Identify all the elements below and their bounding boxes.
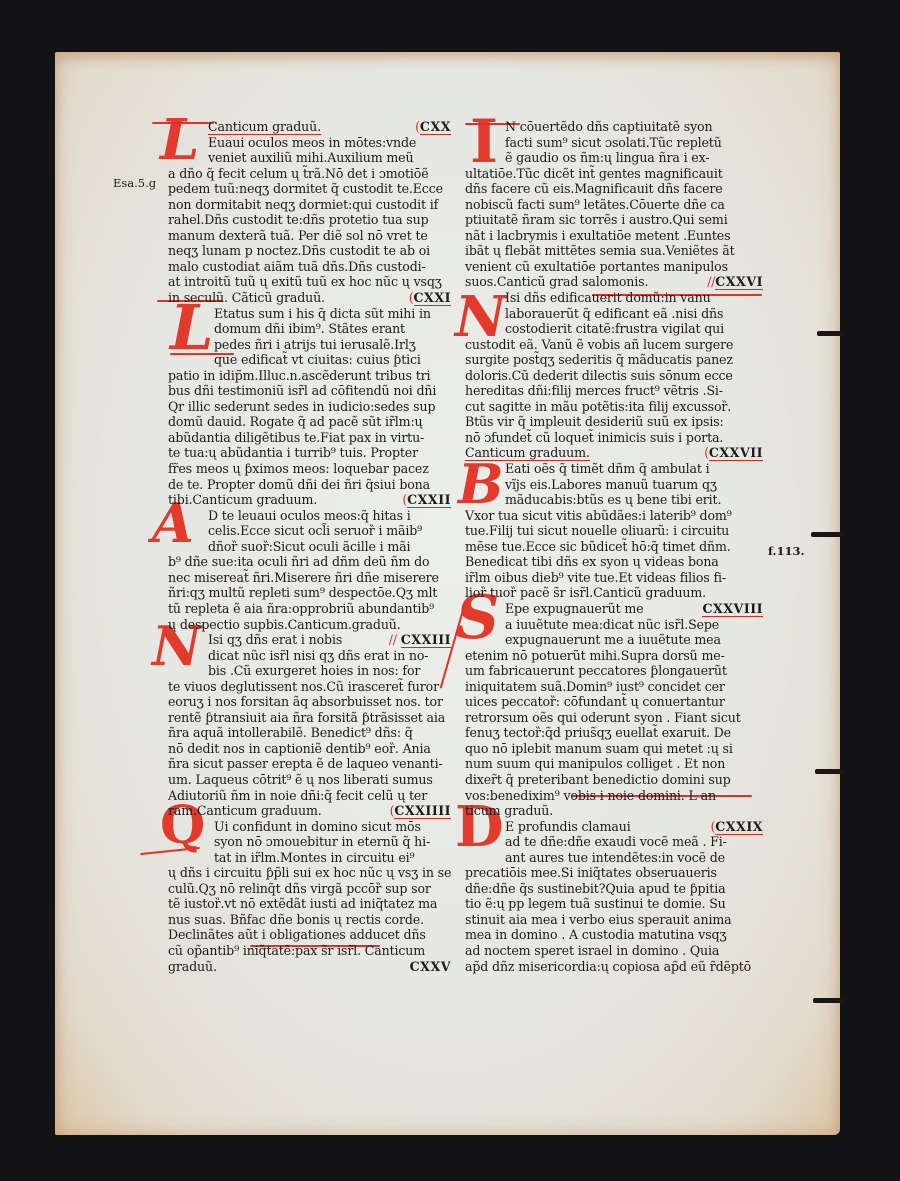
text-line: te tua:ų abũdantia i turrib⁹ tuis. Propt… (168, 445, 451, 461)
text-line: nobiscũ facti sum⁹ letãtes.Cōuerte dñe c… (465, 197, 763, 213)
text-line: culũ.Qʒ nō relinq̃t dñs virgã pccōȑ sup … (168, 881, 451, 897)
text-line: veniet auxiliũ mihi.Auxilium meũ (168, 150, 451, 166)
text-line: Btũs vir q̃ impleuit desideriũ suũ ex ip… (465, 414, 763, 430)
section-heading: graduũ. CXXV (168, 959, 451, 975)
text-line: fenuʒ tectoȑ:q̃d prius̃qʒ euellat̃ exaru… (465, 725, 763, 741)
text-line: malo custodiat aiãm tuã dñs.Dñs custodi- (168, 259, 451, 275)
text-line: pedem tuũ:neqʒ dormitet q̃ custodit te.E… (168, 181, 451, 197)
text-line: dicat nũc isr̃l nisi qʒ dñs erat in no- (168, 648, 451, 664)
psalm-number: //CXXVI (707, 274, 763, 290)
text-line: facti sum⁹ sicut ɔsolati.Tũc repletũ (465, 135, 763, 151)
text-line: etenim nō potuerũt mihi.Supra dorsũ me- (465, 648, 763, 664)
section-heading: Isi qʒ dñs erat i nobis // CXXIII (168, 632, 451, 648)
text-line: Euaui oculos meos in mōtes:vnde (168, 135, 451, 151)
text-line: tibi.Canticum graduum. (168, 492, 317, 508)
text-line: Benedicat tibi dñs ex syon ų videas bona (465, 554, 763, 570)
section-heading: Epe expugnauerũt me CXXVIII (465, 601, 763, 617)
text-line: D te leuaui oculos meos:q̃ hitas i (168, 508, 451, 524)
text-line: expugnauerunt me a iuuẽtute mea (465, 632, 763, 648)
text-line: nus suas. Bñfac dñe bonis ų rectis cord… (168, 912, 451, 928)
text-line: ñri:qʒ multũ repleti sum⁹ despectōe.Qʒ … (168, 585, 451, 601)
text-line: graduũ. (168, 959, 217, 975)
text-line: retrorsum oẽs qui oderunt syon . Fiant s… (465, 710, 763, 726)
psalm-number: (CXXI (409, 290, 451, 306)
text-line: at introitũ tuũ ų exitũ tuũ ex hoc nũc ų… (168, 274, 451, 290)
right-column: N cōuertẽdo dñs captiuitatẽ syon facti s… (465, 119, 763, 974)
psalm-number: CXXVIII (702, 601, 763, 617)
text-line: mea in domino . A custodia matutina vsqʒ (465, 927, 763, 943)
text-line: dñe:dñe q̃s sustinebit?Quia apud te ƥpit… (465, 881, 763, 897)
text-line: Adiutoriũ ñm in noie dñi:q̃ fecit celũ … (168, 788, 451, 804)
psalm-number: CXXV (410, 959, 451, 975)
section-heading: ram.Canticum graduum. (CXXIIII (168, 803, 451, 819)
text-line: nec misereat̃ ñri.Miserere ñri dñe mis… (168, 570, 451, 586)
text-line: syon nō ɔmouebitur in eternũ q̃ hi- (168, 834, 451, 850)
text-line: num suum qui manipulos colliget . Et non (465, 756, 763, 772)
text-line: ñra sicut passer erepta ẽ de laqueo ven… (168, 756, 451, 772)
left-column: Canticum graduũ. (CXX Euaui oculos meos … (168, 119, 451, 974)
text-line: ap̃d dñz misericordia:ų copiosa ap̃d eũ … (465, 959, 763, 975)
text-line: nãt i lacbrymis i exultatiōe metent .Eun… (465, 228, 763, 244)
text-line: a dño q̃ fecit celum ų t̃rã.Nō det i ɔmo… (168, 166, 451, 182)
text-line: ir̃lm oibus dieb⁹ vite tue.Et videas fil… (465, 570, 763, 586)
text-line: Declinãtes aũt i obligationes adducet dñ… (168, 927, 451, 943)
text-line: ibãt ų flebãt mittẽtes semia sua.Veniẽte… (465, 243, 763, 259)
binding-stitch (815, 769, 845, 774)
binding-stitch (811, 532, 845, 537)
text-line: ultatiōe.Tũc dicẽt int̃ gentes magnifica… (465, 166, 763, 182)
text-line: que edificat̃ vt ciuitas: cuius ƥtici (168, 352, 451, 368)
text-line: in seculũ. Cãticũ graduũ. (168, 290, 325, 306)
text-line: nō ɔfundet̃ cũ loquet̃ inimicis suis i p… (465, 430, 763, 446)
text-line: ticum graduũ. (465, 803, 763, 819)
text-line: uices peccatoȑ: cōfundant̃ ų conuertantu… (465, 694, 763, 710)
text-line: bis .Cũ exurgeret hoies in nos: for (168, 663, 451, 679)
text-line: ant aures tue intendẽtes:in vocẽ de (465, 850, 763, 866)
text-line: custodit eã. Vanũ ẽ vobis añ lucem surge… (465, 337, 763, 353)
section-heading: in seculũ. Cãticũ graduũ. (CXXI (168, 290, 451, 306)
text-line: domum dñi ibim⁹. Stãtes erant (168, 321, 451, 337)
text-line: precatiōis mee.Si iniq̃tates obseruaueri… (465, 865, 763, 881)
text-line: pedes ñri i atrijs tui ierusalẽ.Irlʒ (168, 337, 451, 353)
canticum-heading: Canticum graduũ. (208, 119, 321, 135)
margin-note-left: Esa.5.g (113, 176, 156, 190)
text-line: ad te dñe:dñe exaudi vocẽ meã . Fi- (465, 834, 763, 850)
text-line: Eati oẽs q̃ timẽt dñm q̃ ambulat i (465, 461, 763, 477)
text-line: stinuit aia mea i verbo eius sperauit an… (465, 912, 763, 928)
text-line: dñs facere cũ eis.Magnificauit dñs facer… (465, 181, 763, 197)
text-line: Canticum graduum. (465, 445, 590, 461)
section-heading: suos.Canticũ grad salomonis. //CXXVI (465, 274, 763, 290)
text-line: te viuos deglutissent nos.Cũ irasceret̃ … (168, 679, 451, 695)
text-line: manum dexterã tuã. Per diẽ sol nō vret t… (168, 228, 451, 244)
text-line: nō dedit nos in captioniẽ dentib⁹ eoȑ. A… (168, 741, 451, 757)
psalm-number: (CXXVII (704, 445, 763, 461)
text-line: tio ẽ:ų pp legem tuã sustinui te domie. … (465, 896, 763, 912)
text-line: cut sagitte in mãu potẽtis:ita filij exc… (465, 399, 763, 415)
text-line: surgite post̃qʒ sederitis q̃ mãducatis p… (465, 352, 763, 368)
text-line: laborauerũt q̃ edificant eã .nisi dñs (465, 306, 763, 322)
binding-stitch (817, 331, 845, 336)
section-heading: Canticum graduũ. (CXX (168, 119, 451, 135)
text-line: celis.Ecce sicut ocl̃i seruoȑ i mãib⁹ (168, 523, 451, 539)
text-line: venient cũ exultatiōe portantes manipulo… (465, 259, 763, 275)
text-line: iniquitatem suã.Domin⁹ iust⁹ concidet ce… (465, 679, 763, 695)
text-line: ų dñs i circuitu ƥp̃li sui ex hoc nũc ų … (168, 865, 451, 881)
text-line: mẽse tue.Ecce sic bũdicet̃ hō:q̃ timet d… (465, 539, 763, 555)
text-line: ẽ gaudio os ñm:ų lingua ñra i ex- (465, 150, 763, 166)
section-heading: E profundis clamaui (CXXIX (465, 819, 763, 835)
text-line: ų despectio supbis.Canticum.graduũ. (168, 617, 451, 633)
text-line: ñra aquã intollerabilẽ. Benedict⁹ dñs: … (168, 725, 451, 741)
text-line: vos:benedixim⁹ vobis i noie domini. L an (465, 788, 763, 804)
margin-note-right: f.113. (768, 544, 805, 558)
text-line: b⁹ dñe sue:ita oculi ñri ad dñm deũ ñm… (168, 554, 451, 570)
text-line: neqʒ lunam p noctez.Dñs custodit te ab o… (168, 243, 451, 259)
text-line: Isi qʒ dñs erat i nobis (208, 632, 342, 648)
text-line: suos.Canticũ grad salomonis. (465, 274, 648, 290)
psalm-number: (CXXIIII (390, 803, 451, 819)
psalm-number: (CXXII (402, 492, 451, 508)
text-line: patio in idip̃m.Illuc.n.ascẽderunt tribu… (168, 368, 451, 384)
text-line: Vxor tua sicut vitis abũdães:i laterib⁹ … (465, 508, 763, 524)
text-line: E profundis clamaui (505, 819, 631, 835)
text-line: abũdantia diligẽtibus te.Fiat pax in vir… (168, 430, 451, 446)
text-line: eoruʒ i nos forsitan ãq absorbuisset no… (168, 694, 451, 710)
section-heading: Canticum graduum. (CXXVII (465, 445, 763, 461)
text-line: N cōuertẽdo dñs captiuitatẽ syon (465, 119, 763, 135)
text-line: lioȑ tuoȑ pacẽ s̃r isr̃l.Canticũ graduum… (465, 585, 763, 601)
text-line: costodierit citatẽ:frustra vigilat qui (465, 321, 763, 337)
text-line: Isi dñs edificauerit domũ:in vanu (465, 290, 763, 306)
text-line: ad noctem speret israel in domino . Quia (465, 943, 763, 959)
text-line: Etatus sum i his q̃ dicta sũt mihi in (168, 306, 451, 322)
text-line: Epe expugnauerũt me (505, 601, 643, 617)
text-line: rahel.Dñs custodit te:dñs protetio tua s… (168, 212, 451, 228)
text-line: um. Laqueus cōtrit⁹ ẽ ų nos liberati sum… (168, 772, 451, 788)
binding-stitch (813, 998, 845, 1003)
text-line: fr̃es meos ų ƥximos meos: loquebar pacez (168, 461, 451, 477)
text-line: tat in ir̃lm.Montes in circuitu ei⁹ (168, 850, 451, 866)
text-line: tue.Filij tui sicut nouelle oliuarũ: i c… (465, 523, 763, 539)
text-line: rentẽ ƥtransiuit aia ñra forsitã ƥtrãsi… (168, 710, 451, 726)
psalm-number: // CXXIII (389, 632, 451, 648)
text-line: dñoȑ suoȑ:Sicut oculi ãcille i mãi (168, 539, 451, 555)
text-line: de te. Propter domũ dñi dei ñri q̃siui … (168, 477, 451, 493)
text-line: domũ dauid. Rogate q̃ ad pacẽ sũt ir̃lm:… (168, 414, 451, 430)
text-line: Qr illic sederunt sedes in iudicio:sedes… (168, 399, 451, 415)
text-line: bus dñi testimoniũ isr̃l ad cōfitendũ no… (168, 383, 451, 399)
text-line: dixer̃t q̃ preteribant benedictio domini… (465, 772, 763, 788)
text-line: ram.Canticum graduum. (168, 803, 322, 819)
text-line: quo nō iplebit manum suam qui metet :ų s… (465, 741, 763, 757)
section-heading: tibi.Canticum graduum. (CXXII (168, 492, 451, 508)
text-line: vĩjs eis.Labores manuũ tuarum qʒ (465, 477, 763, 493)
text-line: non dormitabit neqʒ dormiet:qui custodit… (168, 197, 451, 213)
text-line: mãducabis:btũs es ų bene tibi erit. (465, 492, 763, 508)
text-line: um fabricauerunt peccatores ƥlongauerũt (465, 663, 763, 679)
text-line: doloris.Cũ dederit dilectis suis sōnum e… (465, 368, 763, 384)
psalm-number: (CXXIX (711, 819, 764, 835)
psalm-number: (CXX (415, 119, 451, 135)
text-line: ptiuitatẽ ñram sic torrẽs i austro.Qui … (465, 212, 763, 228)
text-line: a iuuẽtute mea:dicat nũc isr̃l.Sepe (465, 617, 763, 633)
text-line: tẽ iustoȑ.vt nō extẽdãt iusti ad iniq̃ta… (168, 896, 451, 912)
text-line: cũ op̃antib⁹ iniq̃tatẽ:pax s̃r isr̃l. Ca… (168, 943, 451, 959)
text-line: hereditas dñi:filij merces fruct⁹ vẽtris… (465, 383, 763, 399)
text-line: tũ repleta ẽ aia ñra:opprobriũ abundant… (168, 601, 451, 617)
text-line: Ui confidunt in domino sicut mōs (168, 819, 451, 835)
